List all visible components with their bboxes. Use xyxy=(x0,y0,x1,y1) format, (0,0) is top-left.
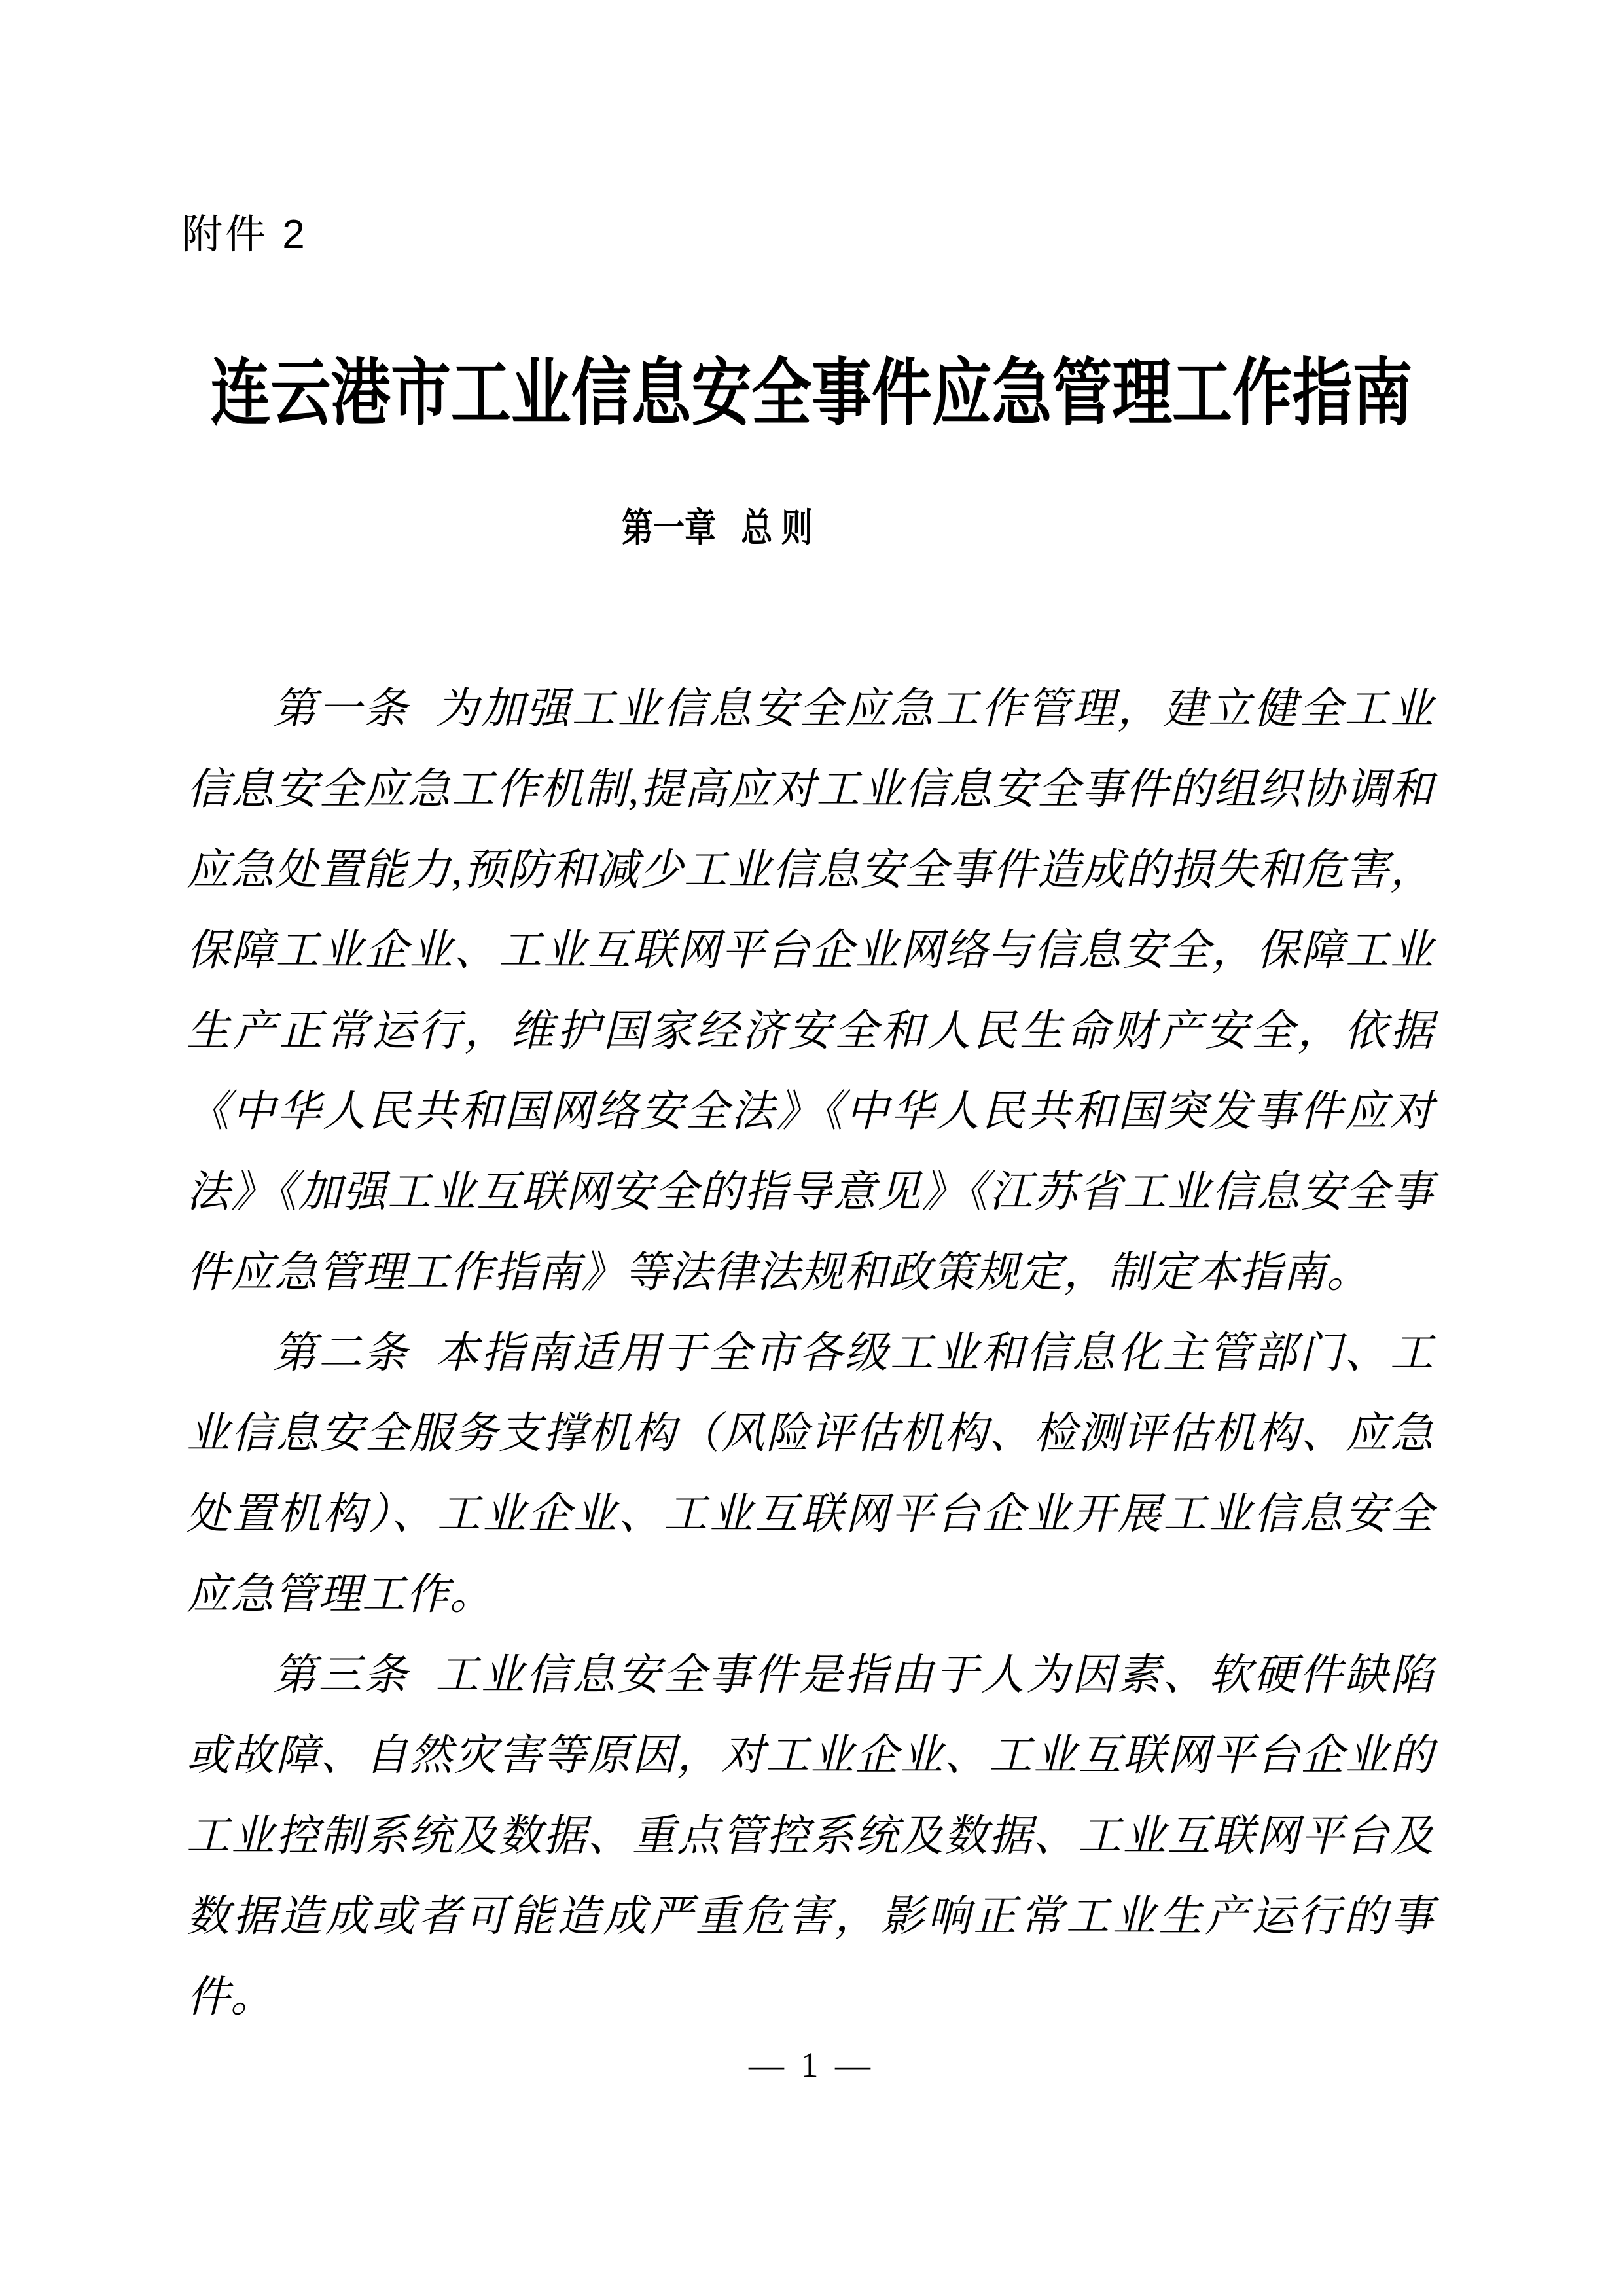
article-1-lead: 第一条 xyxy=(273,685,409,733)
attachment-label: 附件 2 xyxy=(182,215,308,255)
article-3-lead: 第三条 xyxy=(273,1651,409,1699)
document-title-text: 连云港市工业信息安全事件应急管理工作指南 xyxy=(211,355,1413,432)
document-title: 连云港市工业信息安全事件应急管理工作指南 xyxy=(0,355,1623,432)
chapter-title: 总 则 xyxy=(741,506,812,550)
chapter-heading: 第一章总 则 xyxy=(622,507,861,550)
document-body: 第一条为加强工业信息安全应急工作管理，建立健全工业信息安全应急工作机制,提高应对… xyxy=(187,669,1434,2037)
chapter-number: 第一章 xyxy=(622,506,716,550)
document-page: 附件 2 连云港市工业信息安全事件应急管理工作指南 第一章总 则 第一条为加强工… xyxy=(0,0,1623,2296)
article-1-text: 为加强工业信息安全应急工作管理，建立健全工业信息安全应急工作机制,提高应对工业信… xyxy=(187,685,1434,1297)
page-number: — 1 — xyxy=(749,2045,874,2085)
chapter-heading-text: 第一章总 则 xyxy=(622,507,813,550)
paragraph-article-3: 第三条工业信息安全事件是指由于人为因素、软硬件缺陷或故障、自然灾害等原因，对工业… xyxy=(187,1635,1434,2037)
article-3-text: 工业信息安全事件是指由于人为因素、软硬件缺陷或故障、自然灾害等原因，对工业企业、… xyxy=(187,1651,1434,2021)
article-2-lead: 第二条 xyxy=(273,1329,409,1377)
paragraph-article-1: 第一条为加强工业信息安全应急工作管理，建立健全工业信息安全应急工作机制,提高应对… xyxy=(187,669,1434,1313)
paragraph-article-2: 第二条本指南适用于全市各级工业和信息化主管部门、工业信息安全服务支撑机构（风险评… xyxy=(187,1313,1434,1635)
page-footer: — 1 — xyxy=(0,2047,1623,2083)
